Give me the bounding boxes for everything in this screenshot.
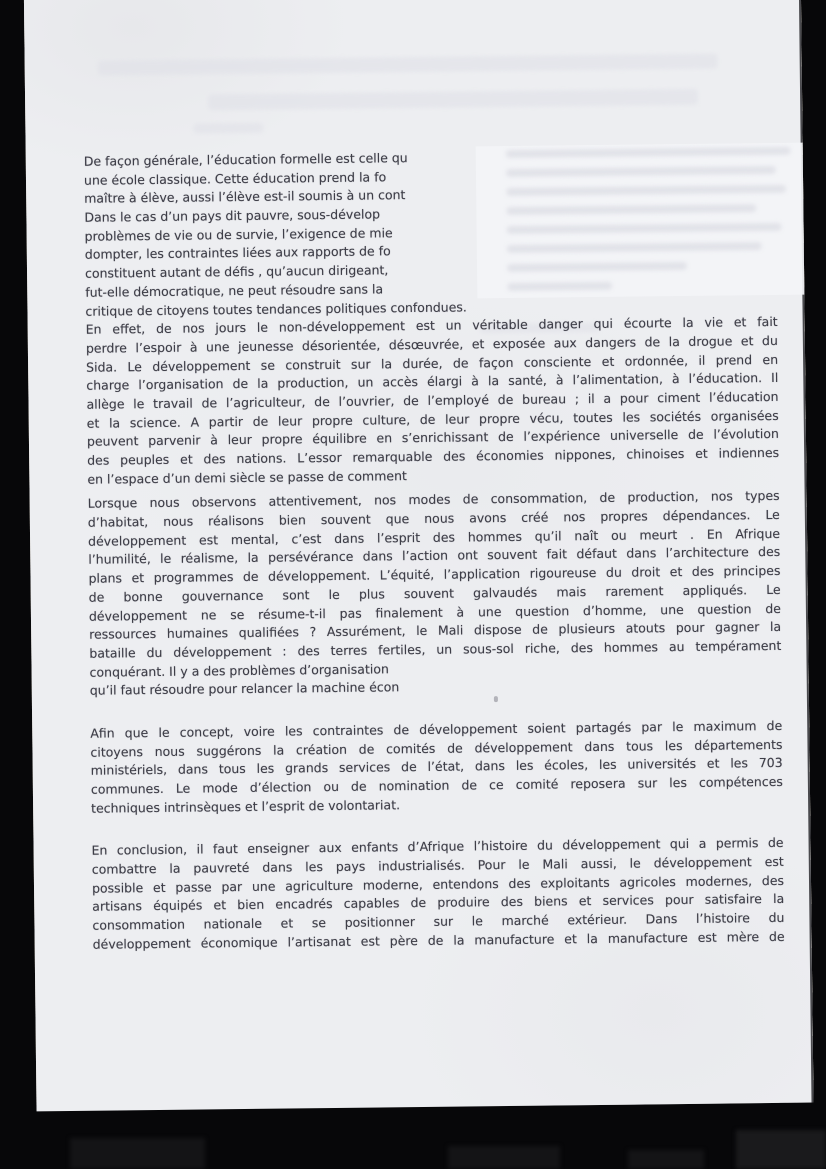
paragraph-5: En conclusion, il faut enseigner aux enf… (92, 834, 785, 954)
faded-title-line (98, 54, 718, 76)
paragraph-4: Afin que le concept, voire les contraint… (90, 717, 783, 818)
paragraph-2: En effet, de nos jours le non-développem… (86, 313, 780, 489)
scanned-page: De façon générale, l’éducation formelle … (23, 0, 813, 1111)
paragraph-3: Lorsque nous observons attentivement, no… (88, 487, 782, 663)
faded-title-line (208, 89, 698, 111)
faded-title-fragment (193, 123, 263, 134)
paragraph-1: De façon générale, l’éducation formelle … (84, 145, 778, 321)
scanner-bed-artifact (70, 1138, 205, 1169)
scanner-bed-artifact (448, 1146, 560, 1169)
scanner-background: { "colors": { "scanner_background": "#07… (0, 0, 826, 1169)
document-body-text: De façon générale, l’éducation formelle … (84, 145, 785, 954)
scanner-bed-artifact (736, 1130, 826, 1169)
scanner-bed-artifact (628, 1150, 704, 1169)
